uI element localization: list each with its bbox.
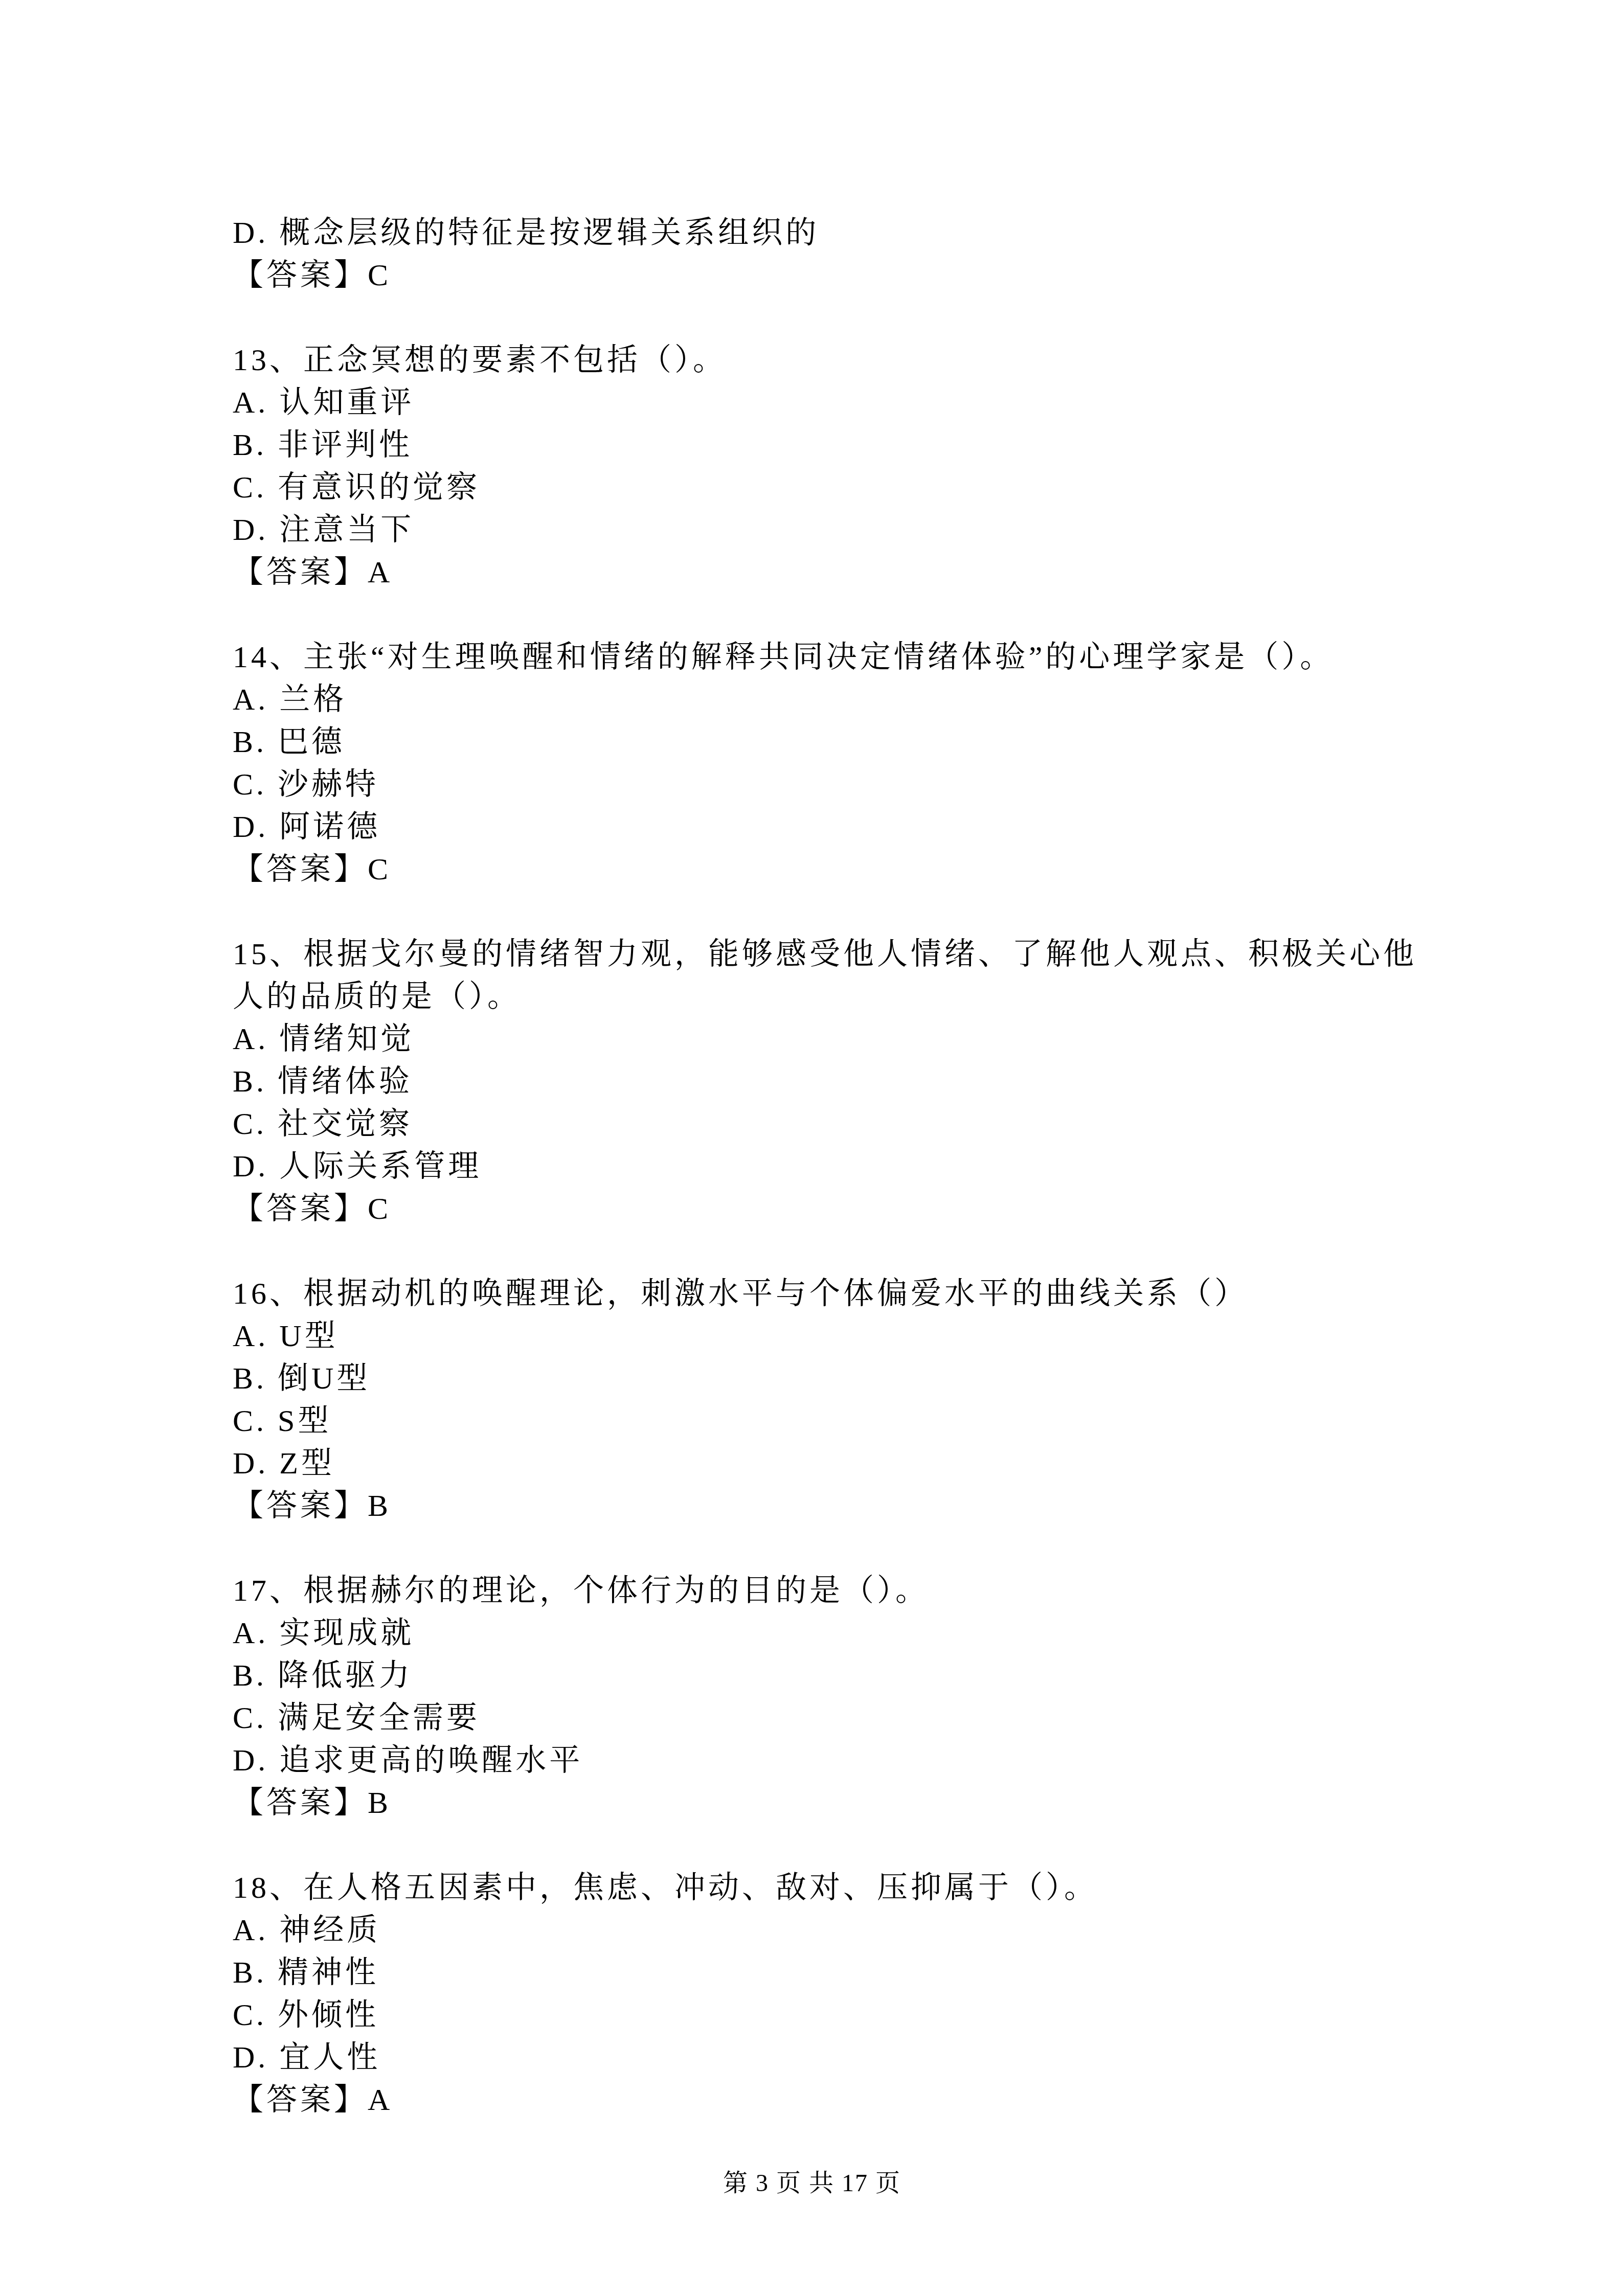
question-stem: 15、根据戈尔曼的情绪智力观，能够感受他人情绪、了解他人观点、积极关心他 人的品… [233,933,1429,1018]
question-stem: 18、在人格五因素中，焦虑、冲动、敌对、压抑属于（）。 [233,1867,1429,1909]
question-option: D. 概念层级的特征是按逻辑关系组织的 [233,212,1429,254]
answer-line: 【答案】B [233,1485,1429,1527]
answer-line: 【答案】A [233,551,1429,594]
question-option: B. 倒U型 [233,1357,1429,1400]
question-block: 16、根据动机的唤醒理论，刺激水平与个体偏爱水平的曲线关系（）A. U型B. 倒… [233,1272,1429,1527]
question-stem: 16、根据动机的唤醒理论，刺激水平与个体偏爱水平的曲线关系（） [233,1272,1429,1315]
answer-line: 【答案】C [233,254,1429,297]
question-option: C. 外倾性 [233,1994,1429,2036]
question-stem: 14、主张“对生理唤醒和情绪的解释共同决定情绪体验”的心理学家是（）。 [233,636,1429,678]
question-option: A. 兰格 [233,678,1429,721]
question-block: 17、根据赫尔的理论，个体行为的目的是（）。A. 实现成就B. 降低驱力C. 满… [233,1570,1429,1824]
question-option: C. 社交觉察 [233,1103,1429,1145]
question-stem: 17、根据赫尔的理论，个体行为的目的是（）。 [233,1570,1429,1612]
question-option: A. 实现成就 [233,1612,1429,1654]
question-option: C. 沙赫特 [233,763,1429,806]
answer-line: 【答案】C [233,1188,1429,1230]
question-block: 14、主张“对生理唤醒和情绪的解释共同决定情绪体验”的心理学家是（）。A. 兰格… [233,636,1429,891]
question-option: B. 非评判性 [233,424,1429,466]
question-option: D. 宜人性 [233,2036,1429,2079]
question-block: 18、在人格五因素中，焦虑、冲动、敌对、压抑属于（）。A. 神经质B. 精神性C… [233,1867,1429,2121]
answer-line: 【答案】C [233,848,1429,891]
question-block: 15、根据戈尔曼的情绪智力观，能够感受他人情绪、了解他人观点、积极关心他 人的品… [233,933,1429,1230]
question-option: D. Z型 [233,1442,1429,1485]
question-option: A. U型 [233,1315,1429,1357]
question-option: A. 情绪知觉 [233,1018,1429,1060]
question-option: A. 神经质 [233,1909,1429,1951]
question-option: A. 认知重评 [233,381,1429,424]
question-option: D. 阿诺德 [233,806,1429,848]
document-body: D. 概念层级的特征是按逻辑关系组织的【答案】C13、正念冥想的要素不包括（）。… [233,212,1429,2121]
question-block: D. 概念层级的特征是按逻辑关系组织的【答案】C [233,212,1429,297]
answer-line: 【答案】A [233,2079,1429,2121]
question-option: B. 巴德 [233,721,1429,763]
question-option: B. 情绪体验 [233,1060,1429,1103]
question-option: C. 满足安全需要 [233,1697,1429,1739]
answer-line: 【答案】B [233,1782,1429,1824]
page-number-footer: 第 3 页 共 17 页 [0,2169,1624,2198]
question-stem: 13、正念冥想的要素不包括（）。 [233,339,1429,381]
question-option: C. 有意识的觉察 [233,466,1429,509]
question-option: D. 注意当下 [233,509,1429,551]
question-option: C. S型 [233,1400,1429,1442]
exam-document-page: D. 概念层级的特征是按逻辑关系组织的【答案】C13、正念冥想的要素不包括（）。… [0,0,1624,2296]
question-option: B. 精神性 [233,1951,1429,1994]
question-block: 13、正念冥想的要素不包括（）。A. 认知重评B. 非评判性C. 有意识的觉察D… [233,339,1429,594]
question-option: B. 降低驱力 [233,1654,1429,1697]
question-option: D. 追求更高的唤醒水平 [233,1739,1429,1782]
question-option: D. 人际关系管理 [233,1145,1429,1188]
